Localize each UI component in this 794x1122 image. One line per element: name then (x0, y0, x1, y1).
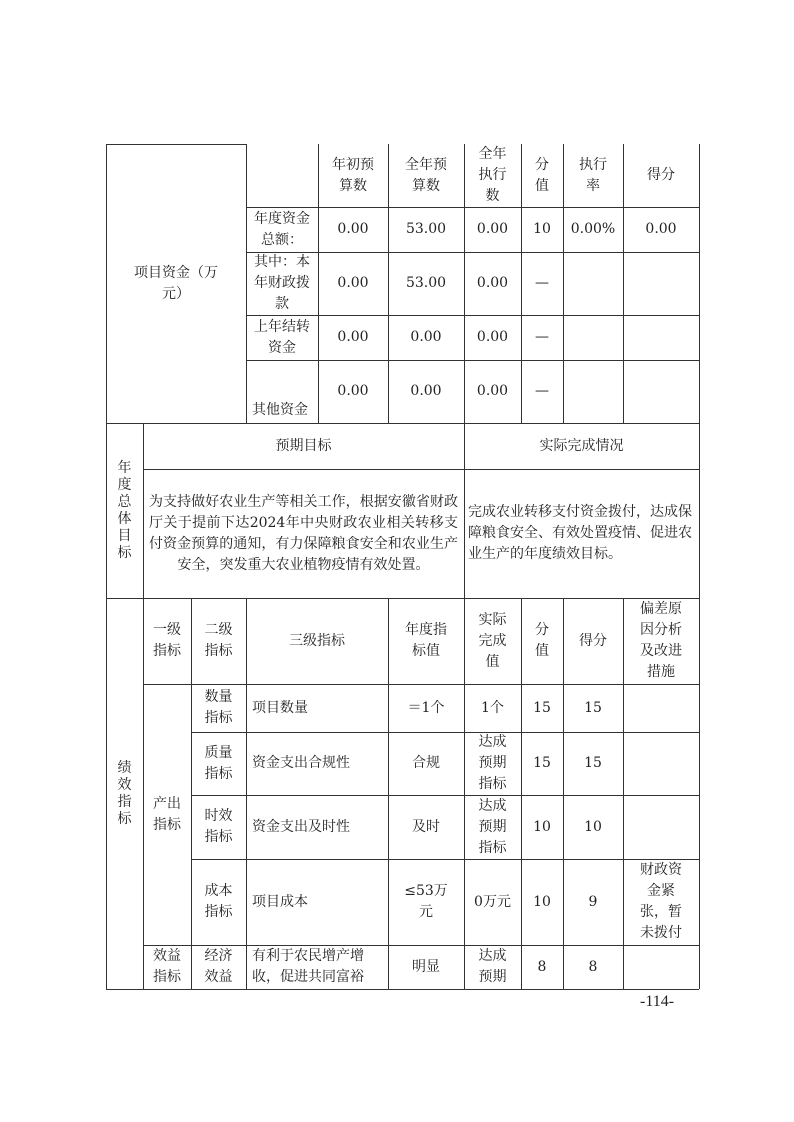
goals-expected-text: 为支持做好农业生产等相关工作，根据安徽省财政厅关于提前下达2024年中央财政农业… (143, 469, 464, 598)
funds-header-executed: 全年执行数 (464, 144, 521, 207)
goals-label: 年度总体目标 (106, 423, 143, 598)
perf-target: 明显 (388, 945, 464, 989)
perf-actual: 1个 (464, 684, 521, 732)
perf-score: 8 (563, 945, 623, 989)
funds-row-rate (563, 360, 623, 423)
goals-actual-text: 完成农业转移支付资金拨付，达成保障粮食安全、有效处置疫情、促进农业生产的年度绩效… (464, 469, 699, 598)
perf-level2: 质量指标 (191, 732, 246, 795)
perf-deviation (623, 795, 699, 859)
perf-header-weight: 分值 (521, 598, 563, 684)
funds-header-annual: 全年预算数 (388, 144, 464, 207)
perf-score: 10 (563, 795, 623, 859)
funds-row-annual: 0.00 (388, 315, 464, 360)
funds-row-initial: 0.00 (318, 315, 388, 360)
funds-row-initial: 0.00 (318, 252, 388, 315)
perf-target: ＝1个 (388, 684, 464, 732)
performance-label: 绩效指标 (106, 598, 143, 989)
goals-expected-header: 预期目标 (143, 423, 464, 469)
table-border (699, 144, 700, 989)
funds-row-initial: 0.00 (318, 207, 388, 252)
perf-actual: 0万元 (464, 859, 521, 945)
perf-actual: 达成预期指标 (464, 732, 521, 795)
funds-row-weight: — (521, 315, 563, 360)
perf-header-actual: 实际完成值 (464, 598, 521, 684)
funds-row-rate (563, 252, 623, 315)
funds-row-executed: 0.00 (464, 315, 521, 360)
perf-weight: 10 (521, 859, 563, 945)
perf-weight: 8 (521, 945, 563, 989)
perf-target: 及时 (388, 795, 464, 859)
perf-level2: 数量指标 (191, 684, 246, 732)
perf-level2: 经济效益 (191, 945, 246, 989)
funds-header-score: 得分 (623, 144, 699, 207)
funds-row-rate: 0.00% (563, 207, 623, 252)
perf-deviation (623, 732, 699, 795)
perf-level3: 资金支出合规性 (246, 732, 388, 795)
perf-header-score: 得分 (563, 598, 623, 684)
perf-score: 15 (563, 684, 623, 732)
funds-row-name: 其他资金 (246, 360, 318, 423)
goals-actual-header: 实际完成情况 (464, 423, 699, 469)
funds-row-executed: 0.00 (464, 360, 521, 423)
perf-header-level3: 三级指标 (246, 598, 388, 684)
perf-weight: 10 (521, 795, 563, 859)
perf-header-deviation: 偏差原因分析及改进措施 (623, 598, 699, 684)
perf-level2: 时效指标 (191, 795, 246, 859)
perf-level2: 成本指标 (191, 859, 246, 945)
perf-target: ≤53万元 (388, 859, 464, 945)
perf-header-target: 年度指标值 (388, 598, 464, 684)
funds-row-weight: 10 (521, 207, 563, 252)
funds-header-initial: 年初预算数 (318, 144, 388, 207)
table-border (106, 989, 699, 990)
perf-score: 15 (563, 732, 623, 795)
funds-row-annual: 53.00 (388, 252, 464, 315)
perf-deviation: 财政资金紧张，暂未拨付 (623, 859, 699, 945)
perf-weight: 15 (521, 732, 563, 795)
funds-row-score (623, 360, 699, 423)
perf-target: 合规 (388, 732, 464, 795)
funds-row-rate (563, 315, 623, 360)
perf-header-level1: 一级指标 (143, 598, 191, 684)
funds-label: 项目资金（万元） (106, 144, 246, 423)
perf-level3: 资金支出及时性 (246, 795, 388, 859)
perf-actual: 达成预期指标 (464, 795, 521, 859)
funds-row-annual: 0.00 (388, 360, 464, 423)
perf-header-level2: 二级指标 (191, 598, 246, 684)
funds-row-score (623, 315, 699, 360)
funds-row-annual: 53.00 (388, 207, 464, 252)
perf-weight: 15 (521, 684, 563, 732)
funds-row-weight: — (521, 360, 563, 423)
document-page: 项目资金（万元） 年初预算数 全年预算数 全年执行数 分值 执行率 得分 年度资… (0, 0, 794, 1122)
funds-header-rate: 执行率 (563, 144, 623, 207)
perf-deviation (623, 684, 699, 732)
funds-row-initial: 0.00 (318, 360, 388, 423)
funds-row-weight: — (521, 252, 563, 315)
funds-row-executed: 0.00 (464, 207, 521, 252)
funds-row-name: 其中：本年财政拨款 (246, 252, 318, 315)
perf-level1-benefit: 效益指标 (143, 945, 191, 989)
funds-row-score: 0.00 (623, 207, 699, 252)
funds-header-weight: 分值 (521, 144, 563, 207)
perf-score: 9 (563, 859, 623, 945)
perf-level3: 有利于农民增产增收，促进共同富裕 (246, 945, 388, 989)
funds-row-executed: 0.00 (464, 252, 521, 315)
perf-level1-output: 产出指标 (143, 684, 191, 945)
perf-level3: 项目成本 (246, 859, 388, 945)
funds-row-score (623, 252, 699, 315)
perf-deviation (623, 945, 699, 989)
perf-actual: 达成预期 (464, 945, 521, 989)
perf-level3: 项目数量 (246, 684, 388, 732)
funds-row-name: 上年结转资金 (246, 315, 318, 360)
funds-row-name: 年度资金总额： (246, 207, 318, 252)
page-number: -114- (640, 993, 674, 1011)
